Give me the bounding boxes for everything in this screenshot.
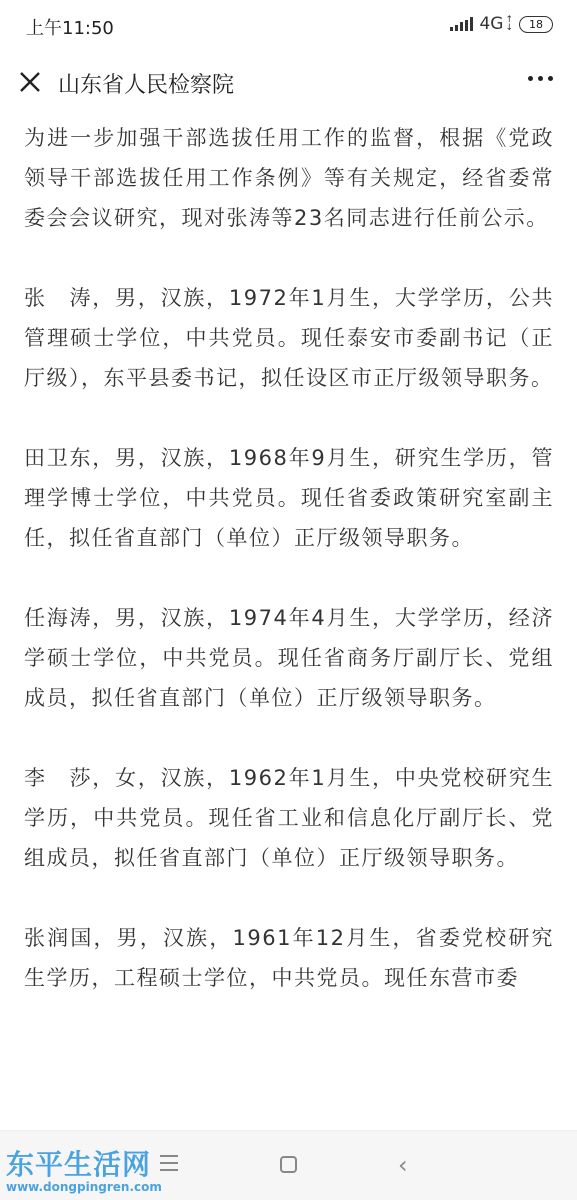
- home-button[interactable]: [280, 1156, 297, 1173]
- nav-bar: 山东省人民检察院: [0, 52, 577, 114]
- menu-icon: [160, 1155, 178, 1157]
- close-icon: [16, 68, 44, 96]
- watermark-logo: 东平生活网 www.dongpingren.com: [6, 1150, 162, 1194]
- close-button[interactable]: [16, 68, 44, 96]
- battery-icon: 18: [519, 16, 553, 33]
- data-arrows-icon: ↑↓: [505, 16, 513, 32]
- article-paragraph: 任海涛，男，汉族，1974年4月生，大学学历，经济学硕士学位，中共党员。现任省商…: [24, 598, 554, 718]
- status-time: 上午11:50: [26, 14, 114, 40]
- status-indicators: 4G ↑↓ 18: [450, 14, 553, 34]
- network-type: 4G: [479, 14, 503, 34]
- watermark-url: www.dongpingren.com: [6, 1180, 162, 1194]
- more-button[interactable]: [528, 76, 553, 81]
- article-body: 为进一步加强干部选拔任用工作的监督，根据《党政领导干部选拔任用工作条例》等有关规…: [24, 118, 554, 1038]
- more-dot: [538, 76, 543, 81]
- page-title: 山东省人民检察院: [58, 68, 234, 99]
- menu-line: [160, 1162, 178, 1164]
- menu-button[interactable]: [160, 1155, 178, 1176]
- article-paragraph: 张润国，男，汉族，1961年12月生，省委党校研究生学历，工程硕士学位，中共党员…: [24, 918, 554, 998]
- article-paragraph: 李 莎，女，汉族，1962年1月生，中央党校研究生学历，中共党员。现任省工业和信…: [24, 758, 554, 878]
- more-dot: [548, 76, 553, 81]
- menu-line: [160, 1169, 178, 1171]
- article-paragraph: 张 涛，男，汉族，1972年1月生，大学学历，公共管理硕士学位，中共党员。现任泰…: [24, 278, 554, 398]
- back-button[interactable]: ‹: [398, 1151, 408, 1179]
- watermark-title: 东平生活网: [6, 1150, 162, 1180]
- more-dots-icon: [528, 76, 533, 81]
- article-paragraph: 田卫东，男，汉族，1968年9月生，研究生学历，管理学博士学位，中共党员。现任省…: [24, 438, 554, 558]
- article-paragraph: 为进一步加强干部选拔任用工作的监督，根据《党政领导干部选拔任用工作条例》等有关规…: [24, 118, 554, 238]
- status-bar: 上午11:50 4G ↑↓ 18: [0, 0, 577, 52]
- signal-icon: [450, 17, 473, 31]
